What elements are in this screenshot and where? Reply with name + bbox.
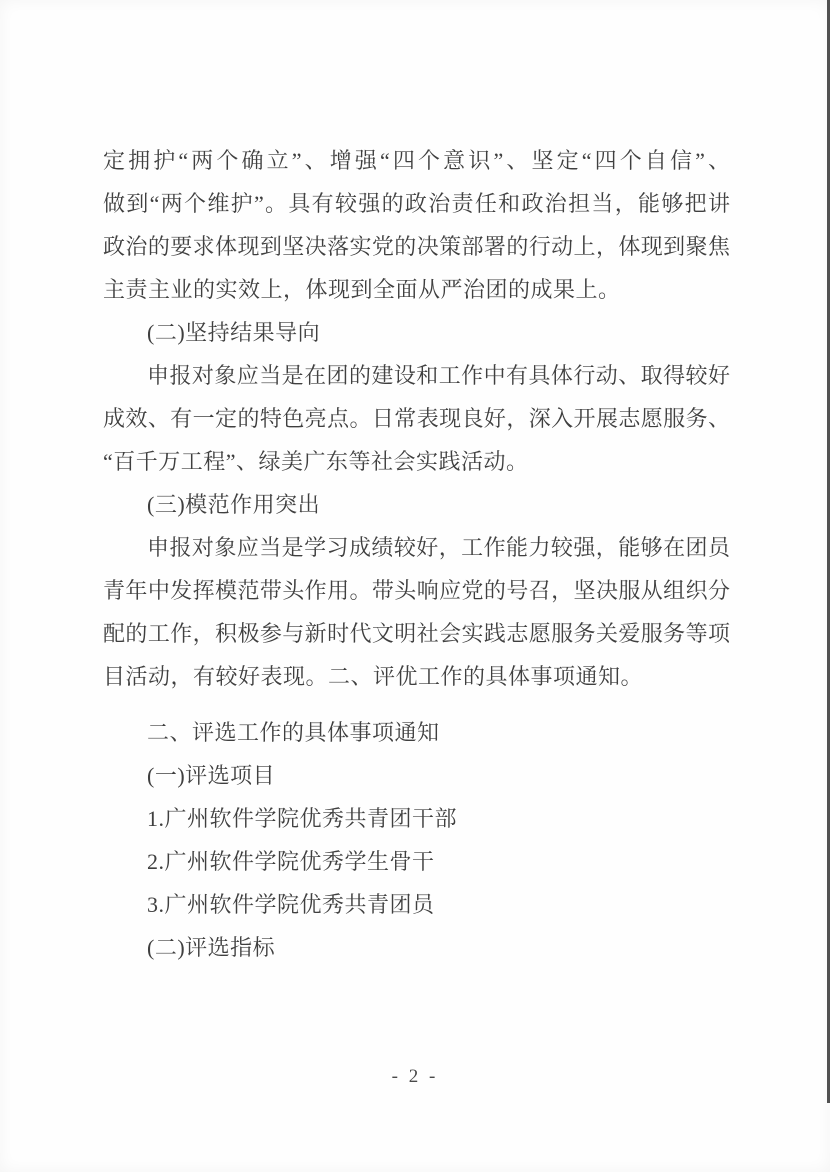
section-heading: 二、评选工作的具体事项通知 [103,711,730,754]
section-heading: (二)坚持结果导向 [103,311,730,354]
document-body: 定拥护“两个确立”、增强“四个意识”、坚定“四个自信”、做到“两个维护”。具有较… [103,139,730,969]
subsection-heading: (一)评选项目 [103,754,730,797]
body-text-line: 青年中发挥模范带头作用。带头响应党的号召，坚决服从组织分 [103,569,730,612]
body-text-line: 目活动，有较好表现。二、评优工作的具体事项通知。 [103,655,730,698]
body-text-line: “百千万工程”、绿美广东等社会实践活动。 [103,440,730,483]
body-text-line: 做到“两个维护”。具有较强的政治责任和政治担当，能够把讲 [103,182,730,225]
document-page: 定拥护“两个确立”、增强“四个意识”、坚定“四个自信”、做到“两个维护”。具有较… [0,0,830,1172]
body-text-line: 配的工作，积极参与新时代文明社会实践志愿服务关爱服务等项 [103,612,730,655]
subsection-heading: (二)评选指标 [103,926,730,969]
list-item: 1.广州软件学院优秀共青团干部 [103,797,730,840]
list-item: 3.广州软件学院优秀共青团员 [103,883,730,926]
page-number: - 2 - [0,1066,830,1088]
body-text-line: 申报对象应当是在团的建设和工作中有具体行动、取得较好 [103,354,730,397]
body-text-line: 主责主业的实效上，体现到全面从严治团的成果上。 [103,268,730,311]
body-text-line: 定拥护“两个确立”、增强“四个意识”、坚定“四个自信”、 [103,139,730,182]
list-item: 2.广州软件学院优秀学生骨干 [103,840,730,883]
body-text-line: 成效、有一定的特色亮点。日常表现良好，深入开展志愿服务、 [103,397,730,440]
body-text-line: 政治的要求体现到坚决落实党的决策部署的行动上，体现到聚焦 [103,225,730,268]
section-heading: (三)模范作用突出 [103,483,730,526]
body-text-line: 申报对象应当是学习成绩较好，工作能力较强，能够在团员 [103,526,730,569]
